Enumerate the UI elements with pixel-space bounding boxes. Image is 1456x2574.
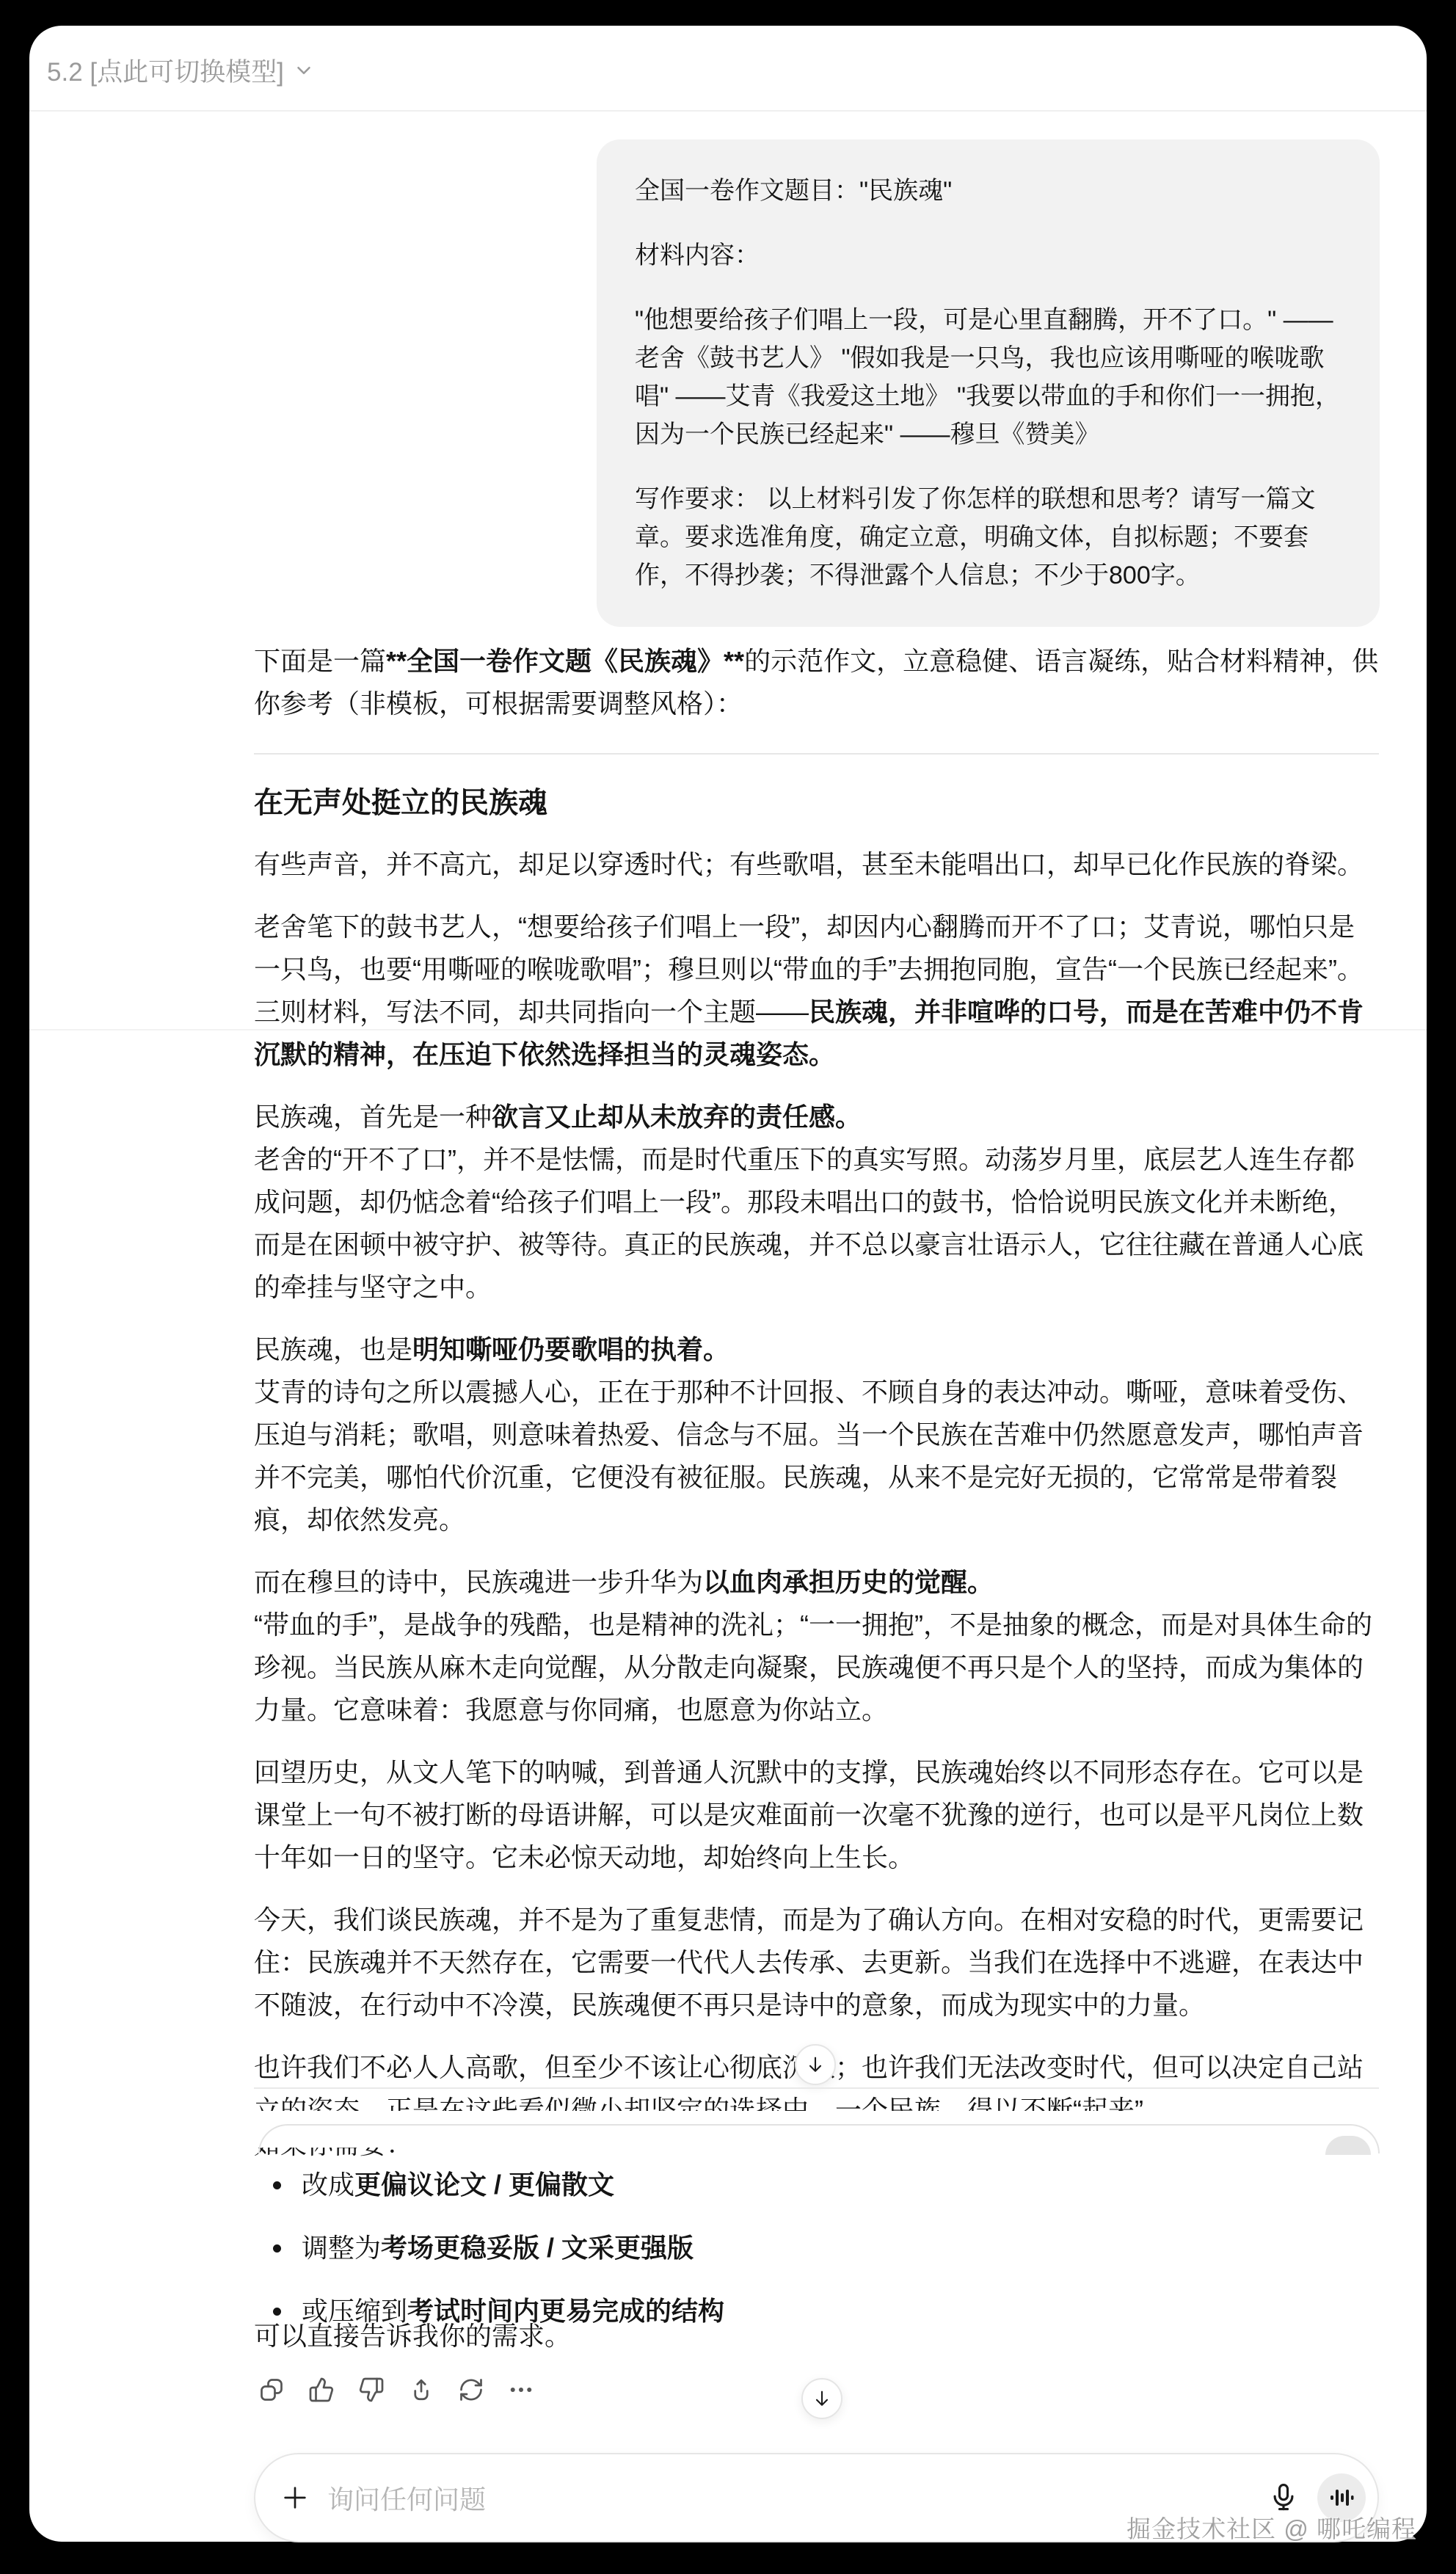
plus-icon[interactable] (280, 2483, 310, 2512)
assistant-intro: 下面是一篇**全国一卷作文题《民族魂》**的示范作文，立意稳健、语言凝练，贴合材… (254, 640, 1379, 725)
screenshot-seam (0, 1029, 1456, 1030)
microphone-icon[interactable] (1267, 2482, 1300, 2514)
app-window: 5.2 [点此可切换模型] 全国一卷作文题目："民族魂" 材料内容： "他想要给… (0, 0, 1456, 2574)
model-switcher[interactable]: 5.2 [点此可切换模型] (47, 53, 315, 88)
assistant-message: 下面是一篇**全国一卷作文题《民族魂》**的示范作文，立意稳健、语言凝练，贴合材… (254, 640, 1379, 2131)
essay-title: 在无声处挺立的民族魂 (254, 782, 1379, 824)
thumbs-down-icon (358, 2377, 385, 2403)
closing-line: 可以直接告诉我你的需求。 (254, 2318, 571, 2355)
essay-paragraph: 有些声音，并不高亢，却足以穿透时代；有些歌唱，甚至未能唱出口，却早已化作民族的脊… (254, 843, 1379, 886)
message-divider (254, 2087, 1379, 2089)
user-message-line: 全国一卷作文题目："民族魂" (635, 172, 1342, 210)
chevron-down-icon (293, 59, 315, 81)
scroll-down-button[interactable] (795, 2044, 836, 2085)
message-actions (255, 2374, 537, 2406)
more-options-button[interactable] (505, 2374, 537, 2406)
list-item: 调整为考场更稳妥版 / 文采更强版 (254, 2230, 1379, 2266)
arrow-down-icon (812, 2388, 832, 2409)
arrow-down-icon (805, 2054, 826, 2075)
ellipsis-icon (508, 2377, 534, 2403)
copy-icon (258, 2377, 285, 2403)
model-label: 5.2 [点此可切换模型] (47, 52, 284, 89)
essay-paragraph: 老舍笔下的鼓书艺人，“想要给孩子们唱上一段”，却因内心翻腾而开不了口；艾青说，哪… (254, 906, 1379, 1076)
section-divider (254, 753, 1379, 755)
essay-paragraph: 回望历史，从文人笔下的呐喊，到普通人沉默中的支撑，民族魂始终以不同形态存在。它可… (254, 1751, 1379, 1879)
bullet-dot (273, 2308, 281, 2316)
user-message-line: 写作要求： 以上材料引发了你怎样的联想和思考？请写一篇文章。要求选准角度，确定立… (635, 480, 1342, 595)
list-item: 改成更偏议论文 / 更偏散文 (254, 2167, 1379, 2203)
thumbs-down-button[interactable] (355, 2374, 387, 2406)
user-message-bubble: 全国一卷作文题目："民族魂" 材料内容： "他想要给孩子们唱上一段，可是心里直翻… (597, 139, 1380, 627)
message-input[interactable]: 询问任何问题 (327, 2479, 1250, 2517)
user-message-line: 材料内容： (635, 236, 1342, 275)
share-button[interactable] (405, 2374, 437, 2406)
ghost-composer-top-edge (258, 2124, 1380, 2153)
watermark: 掘金技术社区 @ 哪吒编程 (1126, 2510, 1416, 2545)
refresh-icon (458, 2377, 484, 2403)
upload-icon (408, 2377, 434, 2403)
scroll-down-button[interactable] (801, 2378, 842, 2419)
essay-paragraph: 而在穆旦的诗中，民族魂进一步升华为以血肉承担历史的觉醒。“带血的手”，是战争的残… (254, 1561, 1379, 1731)
bullet-dot (273, 2244, 281, 2253)
header-divider (29, 110, 1427, 112)
bullet-dot (273, 2181, 281, 2189)
essay-paragraph: 民族魂，首先是一种欲言又止却从未放弃的责任感。老舍的“开不了口”，并不是怯懦，而… (254, 1096, 1379, 1309)
thumbs-up-button[interactable] (305, 2374, 338, 2406)
copy-button[interactable] (255, 2374, 288, 2406)
voice-wave-icon (1329, 2485, 1354, 2510)
regenerate-button[interactable] (455, 2374, 487, 2406)
thumbs-up-icon (308, 2377, 335, 2403)
essay-paragraph: 今天，我们谈民族魂，并不是为了重复悲情，而是为了确认方向。在相对安稳的时代，更需… (254, 1899, 1379, 2026)
essay-paragraph: 民族魂，也是明知嘶哑仍要歌唱的执着。艾青的诗句之所以震撼人心，正在于那种不计回报… (254, 1328, 1379, 1541)
user-message-line: "他想要给孩子们唱上一段，可是心里直翻腾，开不了口。" ——老舍《鼓书艺人》 "… (635, 301, 1342, 454)
